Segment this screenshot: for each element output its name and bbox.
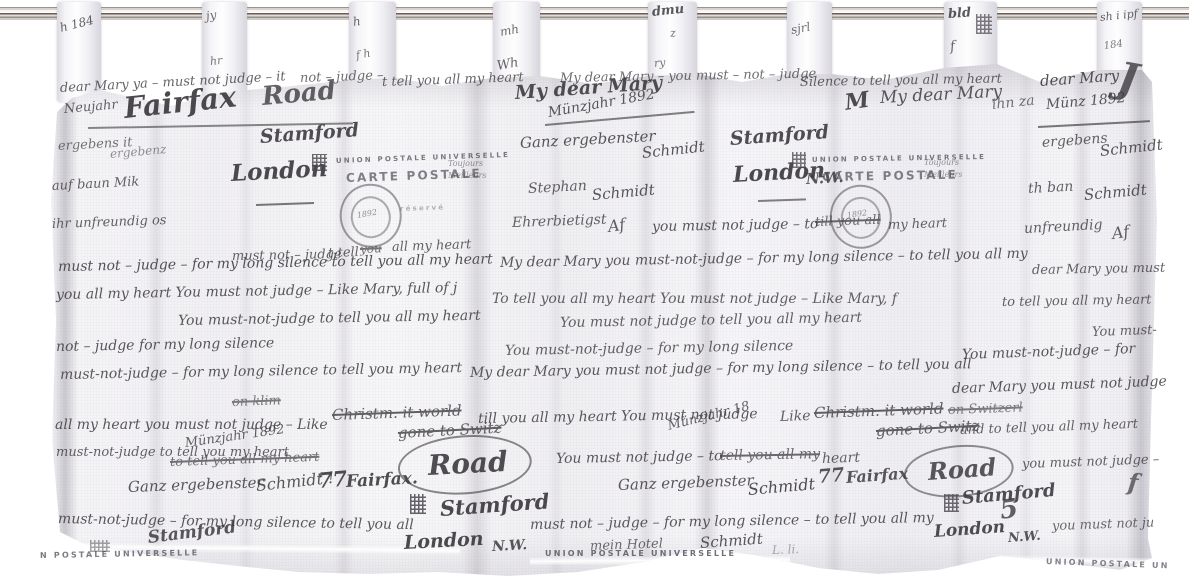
script-print: th ban <box>1028 180 1074 196</box>
script-print: dear Mary you must not judge <box>952 375 1167 396</box>
struck-script-print: Christm. it world <box>332 403 462 423</box>
stamp-text-print: N POSTALE UNIVERSELLE <box>40 549 199 560</box>
signature-print: N.W. <box>492 538 528 554</box>
signature-print: London <box>933 519 1005 541</box>
script-print: all my heart you must not judge – Like <box>55 418 328 432</box>
script-print: hr <box>209 55 222 67</box>
signature-print: Fairfax <box>122 82 237 123</box>
script-print: Schmidt <box>1083 183 1147 203</box>
script-print: Ganz ergebenster <box>128 475 264 495</box>
signature-print: London <box>404 530 485 553</box>
script-print: You must-not-judge – for my long silence <box>505 339 794 358</box>
script-print: sh i ipf <box>1099 8 1138 23</box>
stamp-text-print: UNION POSTALE UN <box>1046 558 1170 570</box>
sketch-grid-icon <box>976 14 992 34</box>
script-print: you must not judge – to <box>652 217 819 234</box>
script-print: not – judge for my long silence <box>56 336 274 354</box>
ink-rule-flourish <box>758 198 806 202</box>
signature-print: Road <box>261 78 337 110</box>
script-print: you all my heart You must not judge – Li… <box>56 281 458 302</box>
script-print: To tell you all my heart You must not ju… <box>492 292 897 306</box>
struck-script-print: on klim <box>232 394 281 409</box>
struck-script-print: Christm. it world <box>814 401 944 421</box>
script-print: My dear Mary you must-not-judge – for my… <box>500 247 1028 270</box>
signature-print: J <box>1114 56 1141 101</box>
script-print: mh <box>499 23 520 38</box>
script-print: auf baun Mik <box>52 175 140 193</box>
script-print: You must-not-judge – for <box>962 342 1136 362</box>
script-print: unfreundig <box>1024 218 1103 236</box>
signature-print: dmu <box>651 3 684 19</box>
script-print: h <box>352 15 361 28</box>
script-print: dear Mary <box>1039 68 1119 88</box>
script-print: z <box>669 27 676 39</box>
script-print: Schmidt <box>747 476 815 498</box>
stamp-text-print: réservé <box>400 204 445 213</box>
script-print: ergebens <box>1042 131 1109 150</box>
sketch-grid-icon <box>90 540 110 552</box>
print-layer: dear Mary ya – must not judge – itnot – … <box>0 0 1189 584</box>
script-print: my heart <box>888 217 947 232</box>
script-print: ry <box>653 57 666 69</box>
signature-print: Road <box>427 448 508 480</box>
script-print: You must not judge – to <box>556 449 723 466</box>
script-print: sjrl <box>790 21 811 36</box>
script-print: ihr unfreundig os <box>52 214 167 231</box>
script-print: You must not judge to tell you all my he… <box>560 311 862 330</box>
script-print: Schmidt <box>591 183 655 203</box>
script-print: Ehrerbietigst <box>512 213 607 230</box>
script-print: ihn za <box>991 94 1035 112</box>
script-print: You must-not-judge to tell you all my he… <box>178 309 481 328</box>
script-print: Wh <box>496 56 520 73</box>
signature-print: Stamford <box>729 123 829 149</box>
script-print: f <box>949 39 956 53</box>
product-photo-curtain: dear Mary ya – must not judge – itnot – … <box>0 0 1189 584</box>
signature-print: Stamford <box>439 490 550 519</box>
script-print: L. li. <box>772 543 799 556</box>
signature-print: bld <box>948 6 972 21</box>
script-print: Schmidt <box>641 139 705 161</box>
signature-print: N.W. <box>1008 530 1042 545</box>
script-print: Ganz ergebenster <box>520 129 656 151</box>
script-print: Neujahr <box>63 98 118 116</box>
struck-script-print: till you all <box>815 214 881 229</box>
signature-print: M <box>843 89 870 114</box>
sketch-grid-icon <box>792 152 806 168</box>
signature-print: f <box>1127 470 1140 495</box>
stamp-text-print: UNION POSTALE UNIVERSELLE <box>336 152 510 165</box>
script-print: Toujours <box>924 159 959 167</box>
struck-script-print: tell you all my <box>720 447 820 463</box>
sketch-grid-icon <box>312 154 327 171</box>
script-print: Meilleurs <box>448 172 486 180</box>
script-print: must not – judge – for my long silence t… <box>58 252 493 274</box>
stamp-text-print: UNION POSTALE UNIVERSELLE <box>545 550 736 558</box>
script-print: Stephan <box>528 179 587 196</box>
script-print: Af <box>1111 224 1130 242</box>
script-print: Ganz ergebenster <box>618 473 754 493</box>
struck-script-print: to tell you all my heart <box>170 451 320 469</box>
signature-print: Stamford <box>259 121 359 147</box>
script-print: h 184 <box>59 14 95 34</box>
script-print: must not – judge – for my long silence –… <box>530 511 934 532</box>
script-print: you must not ju <box>1052 516 1155 533</box>
ink-rule-flourish <box>1038 120 1150 128</box>
script-print: Toujours <box>448 160 483 168</box>
sketch-grid-icon <box>944 494 959 512</box>
struck-script-print: on Switzerl <box>948 401 1023 417</box>
script-print: dear Mary you must <box>1032 262 1165 277</box>
ink-rule-flourish <box>256 202 314 206</box>
signature-print: Road <box>927 455 997 484</box>
signature-print: Fairfax <box>845 466 908 486</box>
script-print: must-not-judge – for my long silence to … <box>60 361 462 382</box>
stamp-text-print: UNION POSTALE UNIVERSELLE <box>812 154 986 164</box>
sketch-grid-icon <box>410 494 426 514</box>
script-print: Af <box>607 217 626 235</box>
script-print: jy <box>205 9 217 22</box>
script-print: You must- <box>1092 324 1157 339</box>
script-print: and to tell you all my heart <box>960 418 1138 437</box>
signature-print: 77 <box>817 466 845 487</box>
script-print: t tell you all my heart <box>382 71 524 89</box>
script-print: Like <box>780 409 811 424</box>
script-print: My dear Mary <box>880 84 1003 107</box>
script-print: Schmidt <box>1099 137 1163 159</box>
script-print: Meilleurs <box>924 171 962 179</box>
script-print: 184 <box>1103 39 1123 52</box>
script-print: ergebenz <box>109 143 166 160</box>
script-print: My dear Mary you must not judge – for my… <box>470 357 972 380</box>
script-print: f h <box>355 48 371 61</box>
script-print: Münzjahr 18 <box>666 400 751 433</box>
script-print: to tell you all my heart <box>1002 293 1152 309</box>
